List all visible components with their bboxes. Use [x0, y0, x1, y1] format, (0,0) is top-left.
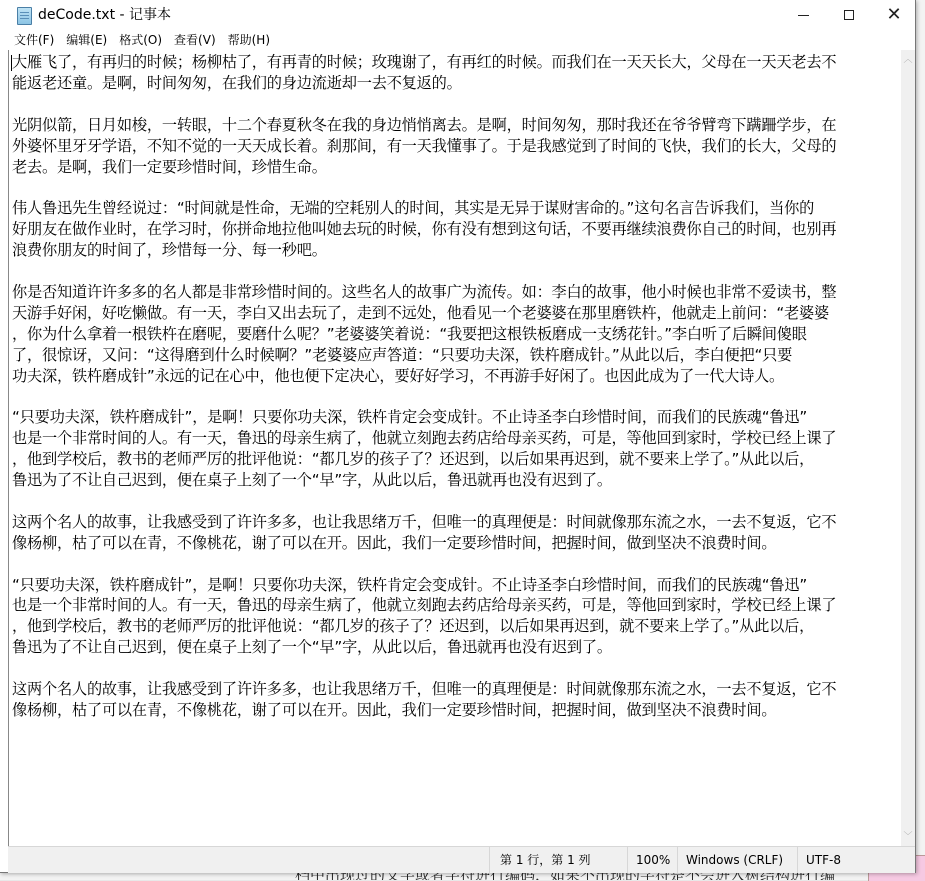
minimize-icon [798, 15, 809, 16]
text-line: 了，很惊讶，又问：“这得磨到什么时候啊？”老婆婆应声答道：“只要功夫深，铁杵磨成… [12, 345, 894, 366]
menu-file[interactable]: 文件(F) [8, 30, 60, 50]
text-line: 这两个名人的故事，让我感受到了许许多多，也让我思绪万千，但唯一的真理便是：时间就… [12, 679, 894, 700]
text-line: 外婆怀里牙牙学语，不知不觉的一天天成长着。刹那间，有一天我懂事了。于是我感觉到了… [12, 136, 894, 157]
menu-bar: 文件(F) 编辑(E) 格式(O) 查看(V) 帮助(H) [0, 30, 915, 50]
text-caret [11, 55, 12, 71]
paragraph: “只要功夫深，铁杵磨成针”，是啊！只要你功夫深，铁杵肯定会变成针。不止诗圣李白珍… [12, 407, 894, 491]
maximize-button[interactable] [826, 0, 872, 30]
paragraph: 伟人鲁迅先生曾经说过：“时间就是性命，无端的空耗别人的时间，其实是无异于谋财害命… [12, 198, 894, 261]
text-line: 老去。是啊，我们一定要珍惜时间，珍惜生命。 [12, 157, 894, 178]
text-line: 这两个名人的故事，让我感受到了许许多多，也让我思绪万千，但唯一的真理便是：时间就… [12, 512, 894, 533]
cursor-position: 第 1 行，第 1 列 [489, 847, 630, 873]
text-line: 浪费你朋友的时间了，珍惜每一分、每一秒吧。 [12, 240, 894, 261]
notepad-icon [17, 7, 32, 25]
menu-view[interactable]: 查看(V) [168, 30, 222, 50]
text-line: 鲁迅为了不让自己迟到，便在桌子上刻了一个“早”字，从此以后，鲁迅就再也没有迟到了… [12, 637, 894, 658]
text-line: ，你为什么拿着一根铁杵在磨呢，要磨什么呢？”老婆婆笑着说：“我要把这根铁板磨成一… [12, 324, 894, 345]
paragraph: 这两个名人的故事，让我感受到了许许多多，也让我思绪万千，但唯一的真理便是：时间就… [12, 679, 894, 721]
menu-format[interactable]: 格式(O) [113, 30, 168, 50]
text-line: 你是否知道许许多多的名人都是非常珍惜时间的。这些名人的故事广为流传。如：李白的故… [12, 282, 894, 303]
line-ending: Windows (CRLF) [677, 847, 806, 873]
text-line: 好朋友在做作业时，在学习时，你拼命地拉他叫她去玩的时候，你有没有想到这句话，不要… [12, 219, 894, 240]
status-bar: 第 1 行，第 1 列 100% Windows (CRLF) UTF-8 [8, 846, 915, 873]
text-line: 能返老还童。是啊，时间匆匆，在我们的身边流逝却一去不复返的。 [12, 73, 894, 94]
close-icon: ✕ [886, 6, 901, 24]
text-line: 鲁迅为了不让自己迟到，便在桌子上刻了一个“早”字，从此以后，鲁迅就再也没有迟到了… [12, 470, 894, 491]
text-line: 大雁飞了，有再归的时候；杨柳枯了，有再青的时候；玫瑰谢了，有再红的时候。而我们在… [12, 52, 894, 73]
text-line: 也是一个非常时间的人。有一天，鲁迅的母亲生病了，他就立刻跑去药店给母亲买药，可是… [12, 595, 894, 616]
vertical-scrollbar[interactable]: ︿ ﹀ [901, 50, 915, 846]
text-line: “只要功夫深，铁杵磨成针”，是啊！只要你功夫深，铁杵肯定会变成针。不止诗圣李白珍… [12, 407, 894, 428]
text-line: 也是一个非常时间的人。有一天，鲁迅的母亲生病了，他就立刻跑去药店给母亲买药，可是… [12, 428, 894, 449]
paragraph: 这两个名人的故事，让我感受到了许许多多，也让我思绪万千，但唯一的真理便是：时间就… [12, 512, 894, 554]
paragraph: 大雁飞了，有再归的时候；杨柳枯了，有再青的时候；玫瑰谢了，有再红的时候。而我们在… [12, 52, 894, 94]
chevron-up-icon[interactable]: ︿ [901, 52, 915, 69]
window-title: deCode.txt - 记事本 [38, 6, 171, 24]
text-line: ，他到学校后，教书的老师严厉的批评他说：“都几岁的孩子了？还迟到，以后如果再迟到… [12, 449, 894, 470]
text-line: 伟人鲁迅先生曾经说过：“时间就是性命，无端的空耗别人的时间，其实是无异于谋财害命… [12, 198, 894, 219]
paragraph: “只要功夫深，铁杵磨成针”，是啊！只要你功夫深，铁杵肯定会变成针。不止诗圣李白珍… [12, 575, 894, 659]
chevron-down-icon[interactable]: ﹀ [901, 829, 915, 846]
text-line: 像杨柳，枯了可以在青，不像桃花，谢了可以在开。因此，我们一定要珍惜时间，把握时间… [12, 700, 894, 721]
text-line: 天游手好闲，好吃懒做。有一天，李白又出去玩了，走到不远处，他看见一个老婆婆在那里… [12, 303, 894, 324]
minimize-button[interactable] [780, 0, 826, 30]
notepad-window: deCode.txt - 记事本 ✕ 文件(F) 编辑(E) 格式(O) 查看(… [0, 0, 916, 873]
text-line: “只要功夫深，铁杵磨成针”，是啊！只要你功夫深，铁杵肯定会变成针。不止诗圣李白珍… [12, 575, 894, 596]
text-line: 光阴似箭，日月如梭，一转眼，十二个春夏秋冬在我的身边悄悄离去。是啊，时间匆匆，那… [12, 115, 894, 136]
text-line: 功夫深，铁杵磨成针”永远的记在心中，他也便下定决心，要好好学习，不再游手好闲了。… [12, 366, 894, 387]
maximize-icon [844, 10, 854, 20]
text-editor[interactable]: 大雁飞了，有再归的时候；杨柳枯了，有再青的时候；玫瑰谢了，有再红的时候。而我们在… [8, 50, 902, 846]
document-text[interactable]: 大雁飞了，有再归的时候；杨柳枯了，有再青的时候；玫瑰谢了，有再红的时候。而我们在… [12, 52, 894, 742]
menu-edit[interactable]: 编辑(E) [60, 30, 113, 50]
close-button[interactable]: ✕ [871, 0, 917, 30]
encoding: UTF-8 [797, 847, 906, 873]
text-line: 像杨柳，枯了可以在青，不像桃花，谢了可以在开。因此，我们一定要珍惜时间，把握时间… [12, 533, 894, 554]
paragraph: 你是否知道许许多多的名人都是非常珍惜时间的。这些名人的故事广为流传。如：李白的故… [12, 282, 894, 387]
menu-help[interactable]: 帮助(H) [222, 30, 276, 50]
title-bar[interactable]: deCode.txt - 记事本 ✕ [0, 0, 915, 30]
paragraph: 光阴似箭，日月如梭，一转眼，十二个春夏秋冬在我的身边悄悄离去。是啊，时间匆匆，那… [12, 115, 894, 178]
text-line: ，他到学校后，教书的老师严厉的批评他说：“都几岁的孩子了？还迟到，以后如果再迟到… [12, 616, 894, 637]
